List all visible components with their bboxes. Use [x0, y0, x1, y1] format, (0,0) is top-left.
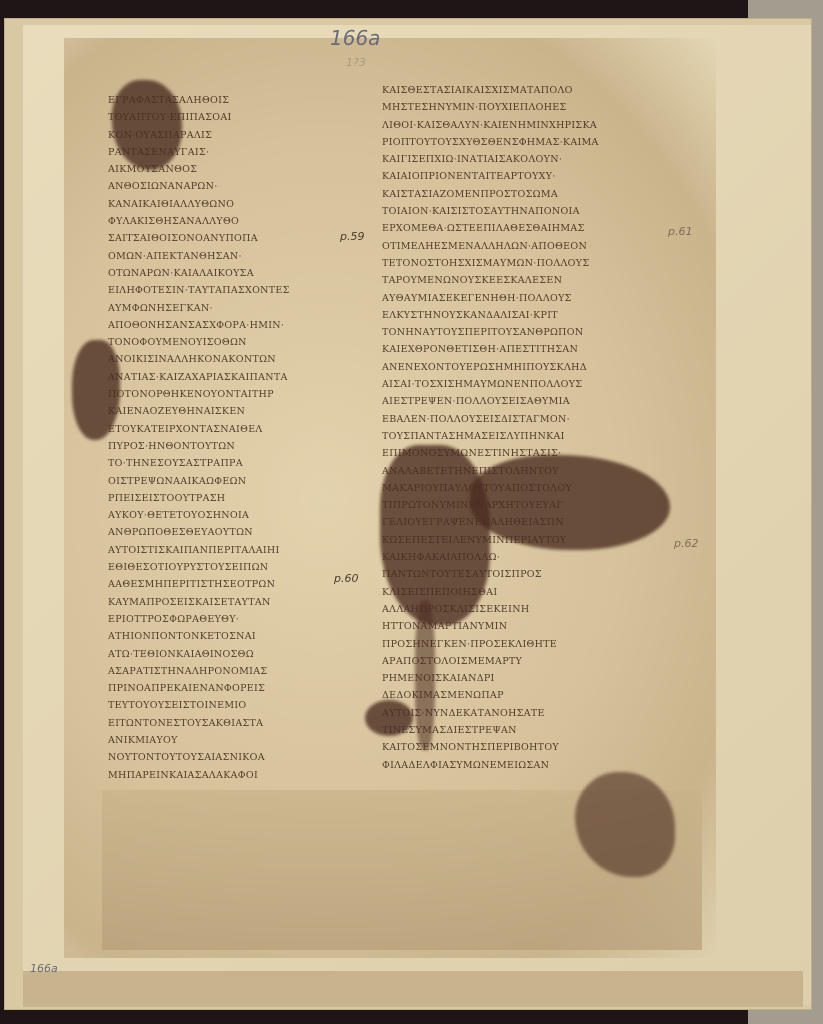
- text-line: ΑΤΗΙΟΝΠΟΝΤΟΝΚΕΤΟΣΝΑΙ: [108, 628, 343, 645]
- bottom-label: 166a: [30, 962, 58, 975]
- text-line: ΕΡΙΟΤΤΡΟΣΦΩΡΑΘΕΥΘΥ·: [108, 611, 343, 628]
- text-line: ΑΥΤΟΙΣΤΙΣΚΑΙΠΑΝΠΕΡΙΤΑΛΑΙΗΙ: [108, 542, 343, 559]
- text-line: ΕΒΑΛΕΝ·ΠΟΛΛΟΥΣΕΙΣΔΙΣΤΑΓΜΟΝ·: [382, 411, 672, 428]
- text-line: ΚΑΙΕΝΑΟΖΕΥΘΗΝΑΙΣΚΕΝ: [108, 403, 343, 420]
- text-line: ΑΙΕΣΤΡΕΨΕΝ·ΠΟΛΛΟΥΣΕΙΣΑΘΥΜΙΑ: [382, 393, 672, 410]
- margin-note-p60: p.60: [334, 572, 358, 585]
- text-line: ΑΝΘΡΩΠΟΘΕΣΘΕΥΑΟΥΤΩΝ: [108, 524, 343, 541]
- text-line: ΕΙΛΗΦΟΤΕΣΙΝ·ΤΑΥΤΑΠΑΣΧΟΝΤΕΣ: [108, 282, 343, 299]
- text-line: ΟΜΩΝ·ΑΠΕΚΤΑΝΘΗΣΑΝ·: [108, 248, 343, 265]
- mount-bottom-strip: [23, 971, 803, 1007]
- text-line: ΝΟΥΤΟΝΤΟΥΤΟΥΣΑΙΑΣΝΙΚΟΑ: [108, 749, 343, 766]
- text-line: ΜΗΠΑΡΕΙΝΚΑΙΑΣΑΛΑΚΑΦΟΙ: [108, 767, 343, 782]
- stain-small-blob: [365, 700, 413, 736]
- text-line: ΑΝΟΙΚΙΣΙΝΑΛΛΗΚΟΝΑΚΟΝΤΩΝ: [108, 351, 343, 368]
- text-line: ΤΟΝΗΝΑΥΤΟΥΣΠΕΡΙΤΟΥΣΑΝΘΡΩΠΟΝ: [382, 324, 672, 341]
- text-line: ΚΑΙΑΙΟΠΡΙΟΝΕΝΤΑΙΤΕΑΡΤΟΥΧΥ·: [382, 168, 672, 185]
- margin-note-p62: p.62: [674, 537, 698, 550]
- text-line: ΟΤΩΝΑΡΩΝ·ΚΑΙΑΛΑΙΚΟΥΣΑ: [108, 265, 343, 282]
- text-line: ΚΑΝΑΙΚΑΙΘΙΑΛΛΥΘΩΝΟ: [108, 196, 343, 213]
- text-line: ΠΡΙΝΟΑΠΡΕΚΑΙΕΝΑΝΦΟΡΕΙΣ: [108, 680, 343, 697]
- text-column-left: ΕΓΡΑΦΑΣΤΑΣΑΛΗΘΟΙΣΤΟΥΑΠΤΟΥ·ΕΠΙΠΑΣΟΑΙΚΟΝ·Ο…: [108, 92, 343, 782]
- text-line: ΑΝΘΟΣΙΩΝΑΝΑΡΩΝ·: [108, 178, 343, 195]
- text-line: ΤΟ·ΤΗΝΕΣΟΥΣΑΣΤΡΑΠΡΑ: [108, 455, 343, 472]
- stain-drip: [415, 600, 435, 750]
- stain-mid-left: [72, 340, 120, 440]
- text-line: ΤΟΙΑΙΟΝ·ΚΑΙΣΙΣΤΟΣΑΥΤΗΝΑΠΟΝΟΙΑ: [382, 203, 672, 220]
- text-line: ΚΑΥΜΑΠΡΟΣΕΙΣΚΑΙΣΕΤΑΥΤΑΝ: [108, 594, 343, 611]
- stain-center-large: [380, 445, 490, 625]
- text-line: ΑΣΑΡΑΤΙΣΤΗΝΑΛΗΡΟΝΟΜΙΑΣ: [108, 663, 343, 680]
- text-line: ΣΑΙΤΣΑΙΘΟΙΣΟΝΟΑΝΥΠΟΠΑ: [108, 230, 343, 247]
- text-line: ΑΤΩ·ΤΕΘΙΟΝΚΑΙΑΘΙΝΟΣΘΩ: [108, 646, 343, 663]
- text-line: ΚΑΙΣΘΕΣΤΑΣΙΑΙΚΑΙΣΧΙΣΜΑΤΑΠΟΛΟ: [382, 82, 672, 99]
- text-line: ΟΤΙΜΕΛΗΕΣΜΕΝΑΛΛΗΛΩΝ·ΑΠΟΘΕΟΝ: [382, 238, 672, 255]
- text-line: ΕΘΙΘΕΣΟΤΙΟΥΡΥΣΤΟΥΣΕΙΠΩΝ: [108, 559, 343, 576]
- text-line: ΛΙΘΟΙ·ΚΑΙΣΘΑΛΥΝ·ΚΑΙΕΝΗΜΙΝΧΗΡΙΣΚΑ: [382, 117, 672, 134]
- text-line: ΤΟΥΣΠΑΝΤΑΣΗΜΑΣΕΙΣΛΥΠΗΝΚΑΙ: [382, 428, 672, 445]
- text-line: ΤΑΡΟΥΜΕΝΩΝΟΥΣΚΕΕΣΚΑΛΕΣΕΝ: [382, 272, 672, 289]
- folio-number: 166a: [330, 26, 380, 50]
- text-line: ΑΙΣΑΙ·ΤΟΣΧΙΣΗΜΑΥΜΩΝΕΝΠΟΛΛΟΥΣ: [382, 376, 672, 393]
- margin-note-p61: p.61: [668, 225, 692, 238]
- text-line: ΠΟΤΟΝΟΡΘΗΚΕΝΟΥΟΝΤΑΙΤΗΡ: [108, 386, 343, 403]
- text-line: ΕΡΧΟΜΕΘΑ·ΩΣΤΕΕΠΙΛΑΘΕΣΘΑΙΗΜΑΣ: [382, 220, 672, 237]
- text-line: ΕΤΟΥΚΑΤΕΙΡΧΟΝΤΑΣΝΑΙΘΕΛ: [108, 421, 343, 438]
- margin-note-p59: p.59: [340, 230, 364, 243]
- text-line: ΠΥΡΟΣ·ΗΝΘΟΝΤΟΥΤΩΝ: [108, 438, 343, 455]
- text-line: ΡΠΕΙΣΕΙΣΤΟΟΥΤΡΑΣΗ: [108, 490, 343, 507]
- text-line: ΡΙΟΠΤΟΥΤΟΥΣΧΥΘΣΘΕΝΣΦΗΜΑΣ·ΚΑΙΜΑ: [382, 134, 672, 151]
- text-line: ΦΙΛΑΔΕΛΦΙΑΣΥΜΩΝΕΜΕΙΩΣΑΝ: [382, 757, 672, 772]
- text-line: ΑΠΟΘΟΝΗΣΑΝΣΑΣΧΦΟΡΑ·ΗΜΙΝ·: [108, 317, 343, 334]
- text-line: ΕΛΚΥΣΤΗΝΟΥΣΚΑΝΔΑΛΙΣΑΙ·ΚΡΙΤ: [382, 307, 672, 324]
- text-line: ΑΝΕΝΕΧΟΝΤΟΥΕΡΩΣΗΜΗΙΠΟΥΣΚΛΗΔ: [382, 359, 672, 376]
- text-line: ΜΗΣΤΕΣΗΝΥΜΙΝ·ΠΟΥΧΙΕΠΛΟΗΕΣ: [382, 99, 672, 116]
- folio-number-faint: 1?3: [346, 56, 366, 69]
- text-line: ΚΑΙΣΤΑΣΙΑΖΟΜΕΝΠΡΟΣΤΟΣΩΜΑ: [382, 186, 672, 203]
- text-line: ΑΝΙΚΜΙΑΥΟΥ: [108, 732, 343, 749]
- text-line: ΑΑΘΕΣΜΗΠΕΡΙΤΙΣΤΗΣΕΟΤΡΩΝ: [108, 576, 343, 593]
- text-line: ΟΙΣΤΡΕΨΩΝΑΑΙΚΑΩΦΕΩΝ: [108, 473, 343, 490]
- text-line: ΑΥΘΑΥΜΙΑΣΕΚΕΓΕΝΗΘΗ·ΠΟΛΛΟΥΣ: [382, 290, 672, 307]
- text-line: ΚΑΙΕΧΘΡΟΝΘΕΤΙΣΘΗ·ΑΠΕΣΤΙΤΗΣΑΝ: [382, 341, 672, 358]
- text-line: ΦΥΛΑΚΙΣΘΗΣΑΝΑΛΛΥΘΟ: [108, 213, 343, 230]
- text-line: ΚΑΙΓΙΣΕΠΧΙΩ·ΙΝΑΤΙΑΙΣΑΚΟΛΟΥΝ·: [382, 151, 672, 168]
- text-line: ΕΙΤΩΝΤΟΝΕΣΤΟΥΣΑΚΘΙΑΣΤΑ: [108, 715, 343, 732]
- text-line: ΤΕΥΤΟΥΟΥΣΕΙΣΤΟΙΝΕΜΙΟ: [108, 697, 343, 714]
- text-line: ΑΝΑΤΙΑΣ·ΚΑΙΖΑΧΑΡΙΑΣΚΑΙΠΑΝΤΑ: [108, 369, 343, 386]
- text-line: ΤΕΤΟΝΟΣΤΟΗΣΧΙΣΜΑΥΜΩΝ·ΠΟΛΛΟΥΣ: [382, 255, 672, 272]
- text-line: ΑΥΚΟΥ·ΘΕΤΕΤΟΥΟΣΗΝΟΙΑ: [108, 507, 343, 524]
- text-line: ΑΥΜΦΩΝΗΣΕΓΚΑΝ·: [108, 300, 343, 317]
- text-line: ΤΟΝΟΦΟΥΜΕΝΟΥΙΣΟΘΩΝ: [108, 334, 343, 351]
